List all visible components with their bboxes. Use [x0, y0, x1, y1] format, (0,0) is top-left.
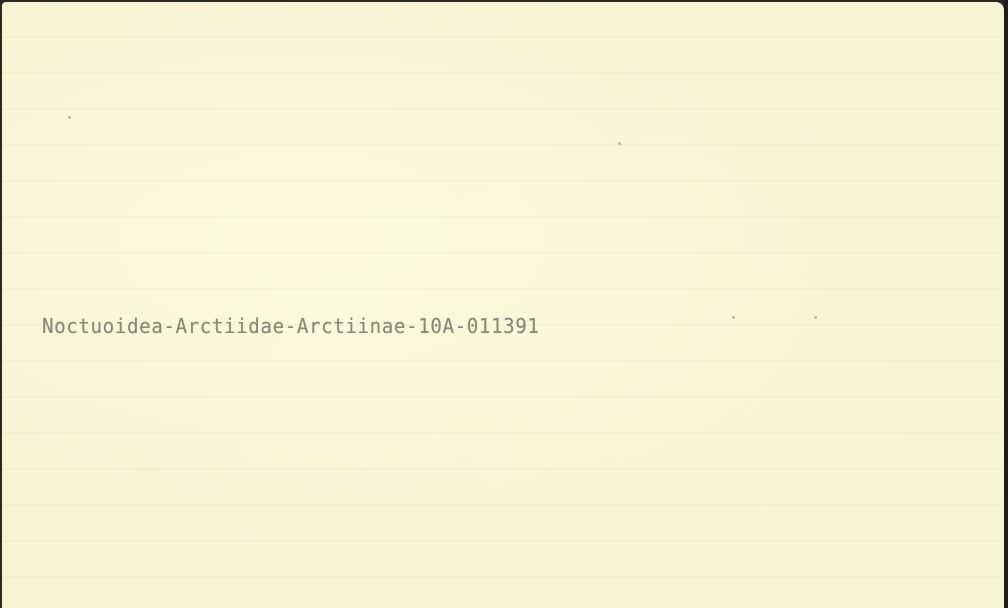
specimen-label: Noctuoidea-Arctiidae-Arctiinae-10A-01139…: [42, 314, 540, 338]
paper-speck: [618, 142, 621, 145]
paper-speck: [68, 116, 71, 119]
paper-speck: [732, 316, 735, 319]
index-card: Noctuoidea-Arctiidae-Arctiinae-10A-01139…: [2, 2, 1004, 608]
paper-speck: [814, 316, 817, 319]
card-edge-shadow: [1004, 0, 1008, 608]
